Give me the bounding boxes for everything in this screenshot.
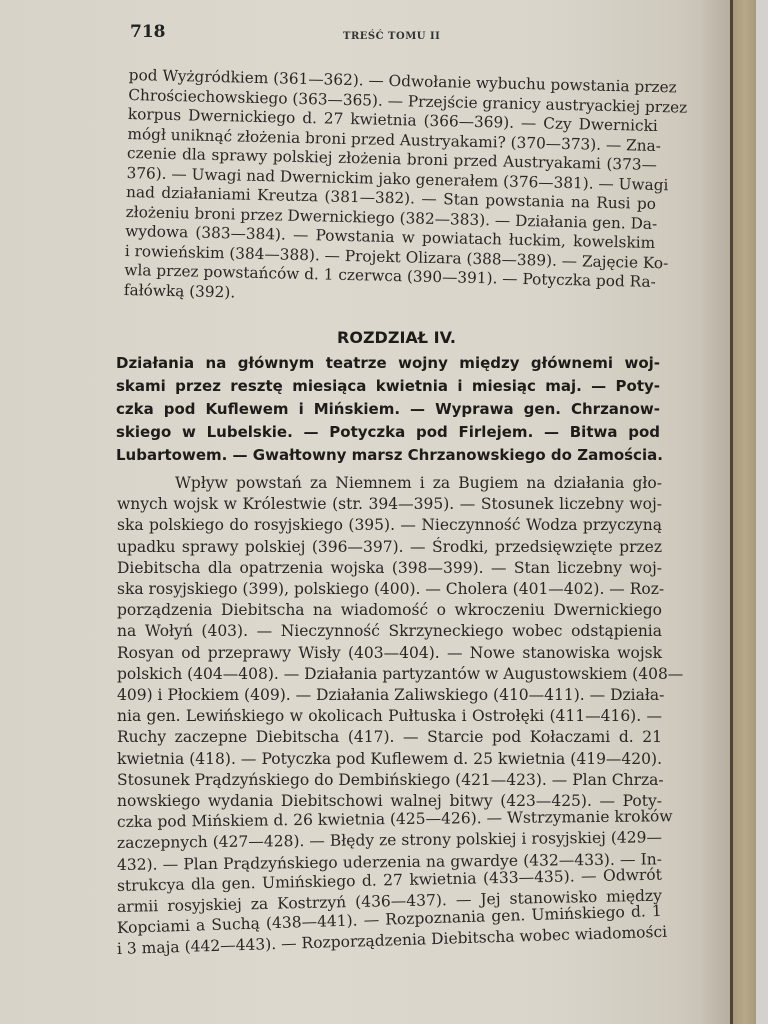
page-number: 718 bbox=[130, 22, 166, 42]
text-line: polskich (404—408). — Działania partyzan… bbox=[117, 664, 662, 685]
text-line: Wpływ powstań za Niemnem i za Bugiem na … bbox=[117, 473, 662, 494]
chapter-contents: Wpływ powstań za Niemnem i za Bugiem na … bbox=[117, 473, 662, 961]
text-line: upadku sprawy polskiej (396—397). — Środ… bbox=[117, 537, 662, 558]
text-line: na Wołyń (403). — Nieczynność Skrzynecki… bbox=[117, 621, 662, 642]
page-content: 718 TREŚĆ TOMU II pod Wyżgródkiem (361—3… bbox=[0, 0, 768, 1024]
chapter-title: ROZDZIAŁ IV. bbox=[0, 328, 768, 347]
text-line: wnych wojsk w Królestwie (str. 394—395).… bbox=[117, 494, 662, 515]
text-line: Rosyan od przeprawy Wisły (403—404). — N… bbox=[117, 643, 662, 664]
summary-line: Lubartowem. — Gwałtowny marsz Chrzanowsk… bbox=[116, 444, 660, 467]
summary-line: skami przez resztę miesiąca kwietnia i m… bbox=[116, 375, 660, 398]
summary-line: Działania na głównym teatrze wojny międz… bbox=[116, 352, 660, 375]
text-line: kwietnia (418). — Potyczka pod Kuflewem … bbox=[117, 749, 662, 770]
summary-line: czka pod Kuflewem i Mińskiem. — Wyprawa … bbox=[116, 398, 660, 421]
text-line: ska polskiego do rosyjskiego (395). — Ni… bbox=[117, 515, 662, 536]
text-line: Ruchy zaczepne Diebitscha (417). — Starc… bbox=[117, 727, 662, 748]
chapter-summary: Działania na głównym teatrze wojny międz… bbox=[116, 352, 660, 467]
running-head: TREŚĆ TOMU II bbox=[343, 31, 440, 42]
text-line: ska rosyjskiego (399), polskiego (400). … bbox=[117, 579, 662, 600]
text-line: porządzenia Diebitscha na wiadomość o wk… bbox=[117, 600, 662, 621]
text-line: Diebitscha dla opatrzenia wojska (398—39… bbox=[117, 558, 662, 579]
text-line: nia gen. Lewińskiego w okolicach Pułtusk… bbox=[117, 706, 662, 727]
summary-line: skiego w Lubelskie. — Potyczka pod Firle… bbox=[116, 421, 660, 444]
text-line: Stosunek Prądzyńskiego do Dembińskiego (… bbox=[117, 770, 662, 791]
text-line: 409) i Płockiem (409). — Działania Zaliw… bbox=[117, 685, 662, 706]
previous-chapter-summary: pod Wyżgródkiem (361—362). — Odwołanie w… bbox=[124, 66, 659, 312]
